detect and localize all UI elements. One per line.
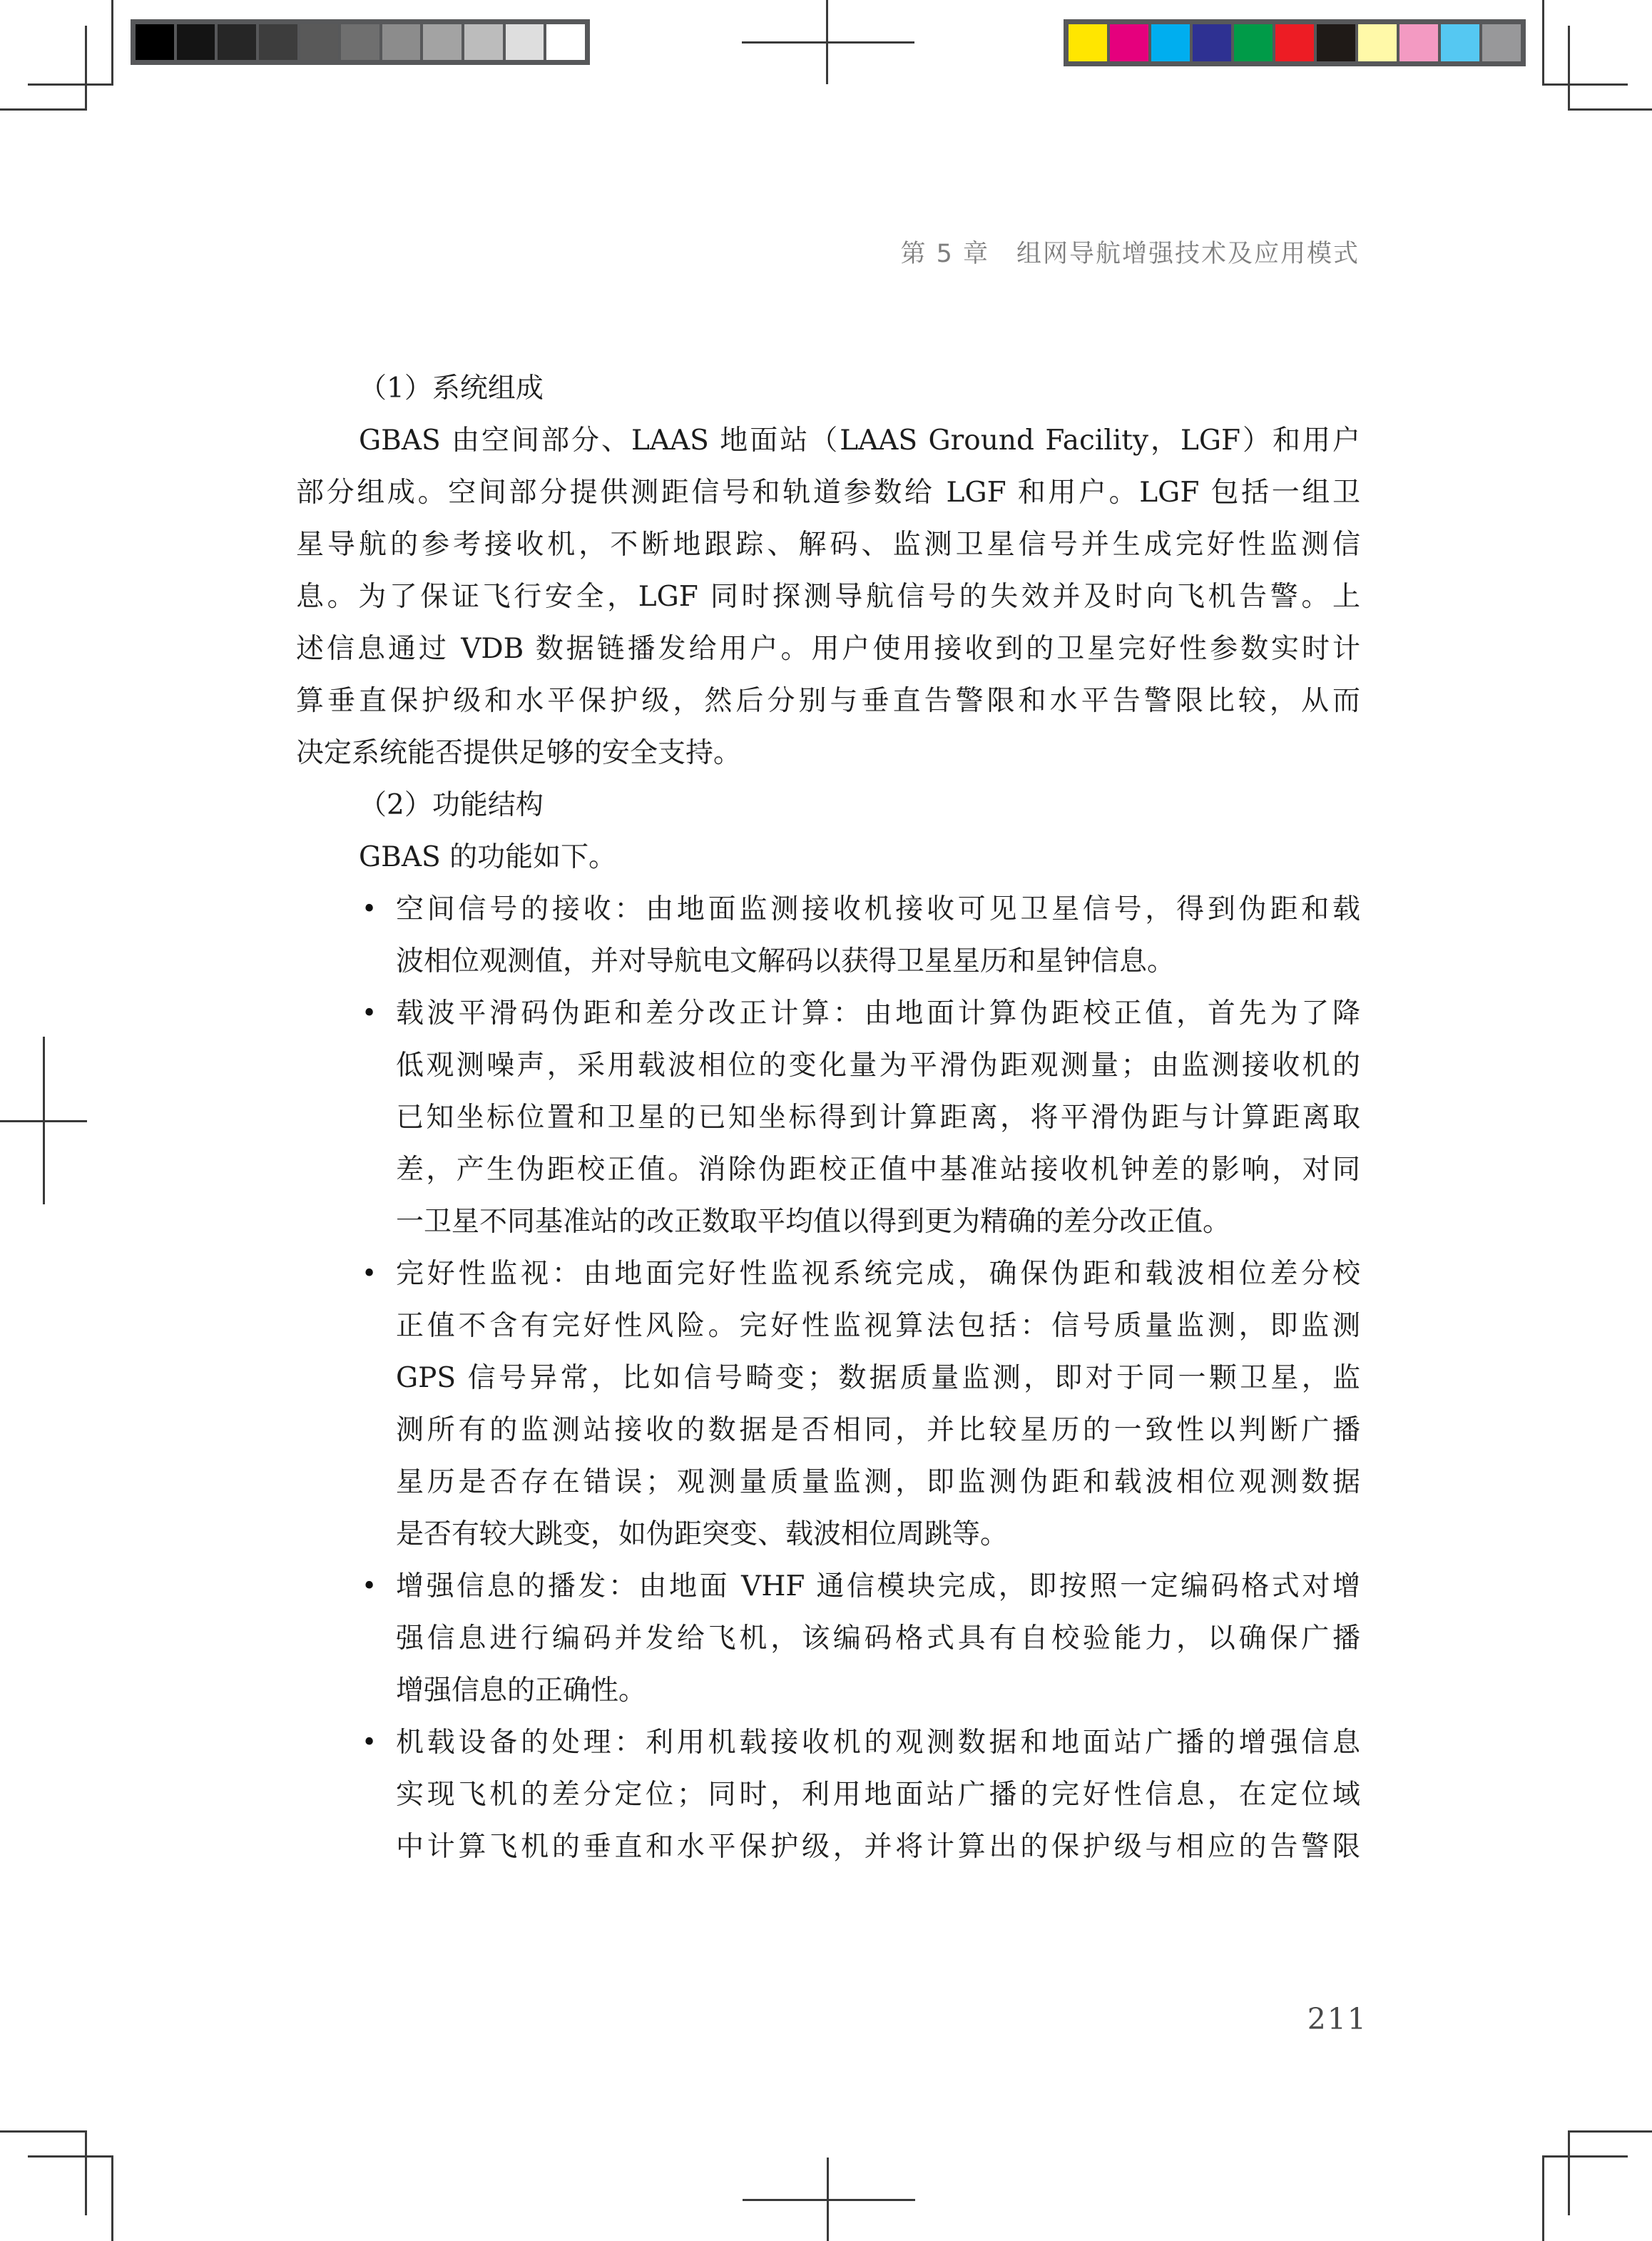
text-line: 正值不含有完好性风险。完好性监视算法包括：信号质量监测，即监测 — [296, 1300, 1360, 1352]
crop-mark-bottom-right-h1 — [1542, 2155, 1628, 2158]
text-line: 部分组成。空间部分提供测距信号和轨道参数给 LGF 和用户。LGF 包括一组卫 — [296, 467, 1360, 519]
crop-mark-bottom-right-v2 — [1568, 2131, 1570, 2215]
text-line: 星导航的参考接收机，不断地跟踪、解码、监测卫星信号并生成完好性监测信 — [296, 519, 1360, 571]
calibration-swatch — [1193, 24, 1231, 61]
calibration-swatch — [300, 24, 339, 60]
text-line: GBAS 的功能如下。 — [296, 831, 1360, 883]
registration-mark-bottom-center-h — [743, 2199, 915, 2201]
bullet-icon: • — [362, 883, 377, 935]
text-line: 是否有较大跳变，如伪距突变、载波相位周跳等。 — [296, 1508, 1360, 1560]
calibration-swatch — [464, 24, 503, 60]
calibration-swatch — [1151, 24, 1190, 61]
calibration-swatch — [1234, 24, 1273, 61]
color-calibration-bar — [1064, 19, 1526, 66]
chapter-number: 第 5 章 — [900, 240, 989, 268]
bullet-text: 空间信号的接收：由地面监测接收机接收可见卫星信号，得到伪距和载 — [396, 893, 1360, 925]
crop-mark-top-right-v2 — [1568, 26, 1570, 110]
calibration-swatch — [341, 24, 379, 60]
crop-mark-bottom-right-v1 — [1542, 2155, 1544, 2241]
text-line: 差，产生伪距校正值。消除伪距校正值中基准站接收机钟差的影响，对同 — [296, 1144, 1360, 1196]
crop-mark-bottom-left-v1 — [111, 2155, 113, 2241]
calibration-swatch — [1358, 24, 1397, 61]
calibration-swatch — [506, 24, 544, 60]
text-line: GPS 信号异常，比如信号畸变；数据质量监测，即对于同一颗卫星，监 — [296, 1352, 1360, 1404]
bullet-line: • 增强信息的播发：由地面 VHF 通信模块完成，即按照一定编码格式对增 — [296, 1560, 1360, 1612]
text-line: 波相位观测值，并对导航电文解码以获得卫星星历和星钟信息。 — [296, 935, 1360, 987]
calibration-swatch — [259, 24, 297, 60]
calibration-swatch — [382, 24, 421, 60]
heading-line: （1）系统组成 — [296, 362, 1360, 415]
bullet-icon: • — [362, 987, 377, 1040]
calibration-swatch — [1441, 24, 1479, 61]
text-line: 述信息通过 VDB 数据链播发给用户。用户使用接收到的卫星完好性参数实时计 — [296, 623, 1360, 675]
calibration-swatch — [546, 24, 585, 60]
bullet-icon: • — [362, 1248, 377, 1300]
text-line: GBAS 由空间部分、LAAS 地面站（LAAS Ground Facility… — [296, 415, 1360, 467]
bullet-line: • 机载设备的处理：利用机载接收机的观测数据和地面站广播的增强信息 — [296, 1717, 1360, 1769]
calibration-swatch — [1317, 24, 1355, 61]
crop-mark-top-right-h1 — [1542, 83, 1628, 86]
crop-mark-top-left-h1 — [28, 83, 113, 86]
calibration-swatch — [136, 24, 174, 60]
bullet-text: 载波平滑码伪距和差分改正计算：由地面计算伪距校正值，首先为了降 — [396, 997, 1360, 1030]
calibration-swatch — [1482, 24, 1521, 61]
body-text: （1）系统组成 GBAS 由空间部分、LAAS 地面站（LAAS Ground … — [296, 362, 1360, 1873]
crop-mark-top-left-h2 — [0, 108, 87, 111]
text-line: 星历是否存在错误；观测量质量监测，即监测伪距和载波相位观测数据 — [296, 1456, 1360, 1508]
crop-mark-bottom-left-h1 — [28, 2155, 113, 2158]
text-line: 强信息进行编码并发给飞机，该编码格式具有自校验能力，以确保广播 — [296, 1612, 1360, 1665]
bullet-line: • 空间信号的接收：由地面监测接收机接收可见卫星信号，得到伪距和载 — [296, 883, 1360, 935]
crop-mark-top-left-v2 — [85, 26, 87, 110]
bullet-icon: • — [362, 1717, 377, 1769]
calibration-swatch — [423, 24, 462, 60]
calibration-swatch — [1069, 24, 1107, 61]
running-head: 第 5 章组网导航增强技术及应用模式 — [900, 240, 1360, 268]
text-line: 中计算飞机的垂直和水平保护级，并将计算出的保护级与相应的告警限 — [296, 1821, 1360, 1873]
bullet-text: 完好性监视：由地面完好性监视系统完成，确保伪距和载波相位差分校 — [396, 1258, 1360, 1290]
grayscale-calibration-bar — [131, 19, 590, 65]
crop-mark-top-left-v1 — [111, 0, 113, 86]
crop-mark-bottom-left-v2 — [85, 2131, 87, 2215]
text-line: 决定系统能否提供足够的安全支持。 — [296, 727, 1360, 779]
book-page: 第 5 章组网导航增强技术及应用模式 （1）系统组成 GBAS 由空间部分、LA… — [0, 0, 1652, 2241]
crop-mark-bottom-right-h2 — [1568, 2130, 1652, 2133]
heading-line: （2）功能结构 — [296, 779, 1360, 831]
text-line: 低观测噪声，采用载波相位的变化量为平滑伪距观测量；由监测接收机的 — [296, 1040, 1360, 1092]
text-line: 增强信息的正确性。 — [296, 1665, 1360, 1717]
bullet-text: 增强信息的播发：由地面 VHF 通信模块完成，即按照一定编码格式对增 — [396, 1570, 1360, 1602]
calibration-swatch — [1110, 24, 1148, 61]
calibration-swatch — [218, 24, 256, 60]
text-line: 息。为了保证飞行安全，LGF 同时探测导航信号的失效并及时向飞机告警。上 — [296, 571, 1360, 623]
crop-mark-bottom-left-h2 — [0, 2130, 87, 2133]
bullet-icon: • — [362, 1560, 377, 1612]
bullet-line: • 载波平滑码伪距和差分改正计算：由地面计算伪距校正值，首先为了降 — [296, 987, 1360, 1040]
crop-mark-top-right-h2 — [1568, 108, 1652, 111]
bullet-line: • 完好性监视：由地面完好性监视系统完成，确保伪距和载波相位差分校 — [296, 1248, 1360, 1300]
text-line: 已知坐标位置和卫星的已知坐标得到计算距离，将平滑伪距与计算距离取 — [296, 1092, 1360, 1144]
registration-mark-left-middle-h — [0, 1120, 87, 1122]
text-line: 测所有的监测站接收的数据是否相同，并比较星历的一致性以判断广播 — [296, 1404, 1360, 1456]
calibration-swatch — [177, 24, 215, 60]
text-line: 实现飞机的差分定位；同时，利用地面站广播的完好性信息，在定位域 — [296, 1769, 1360, 1821]
bullet-text: 机载设备的处理：利用机载接收机的观测数据和地面站广播的增强信息 — [396, 1727, 1360, 1759]
text-line: 算垂直保护级和水平保护级，然后分别与垂直告警限和水平告警限比较，从而 — [296, 675, 1360, 727]
registration-mark-top-center-h — [742, 41, 914, 44]
calibration-swatch — [1399, 24, 1438, 61]
page-number: 211 — [1307, 2002, 1367, 2036]
calibration-swatch — [1275, 24, 1314, 61]
text-line: 一卫星不同基准站的改正数取平均值以得到更为精确的差分改正值。 — [296, 1196, 1360, 1248]
chapter-title: 组网导航增强技术及应用模式 — [1016, 240, 1360, 268]
crop-mark-top-right-v1 — [1542, 0, 1544, 86]
